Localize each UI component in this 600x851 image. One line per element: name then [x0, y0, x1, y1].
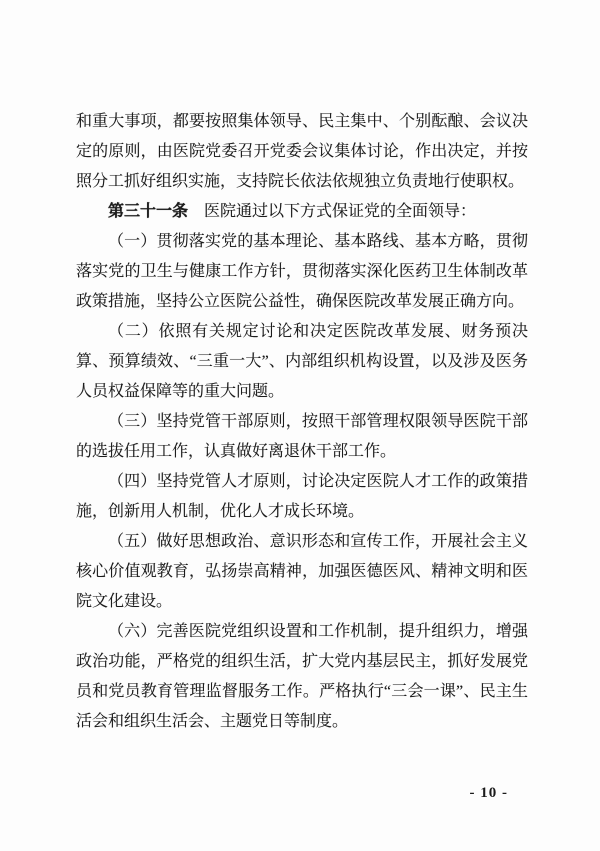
- article-title: 医院通过以下方式保证党的全面领导：: [204, 203, 476, 220]
- document-page: 和重大事项，都要按照集体领导、民主集中、个别酝酿、会议决定的原则，由医院党委召开…: [0, 0, 600, 851]
- paragraph-item-5: （五）做好思想政治、意识形态和宣传工作，开展社会主义核心价值观教育，弘扬崇高精神…: [76, 527, 528, 617]
- paragraph-item-4: （四）坚持党管人才原则，讨论决定医院人才工作的政策措施，创新用人机制，优化人才成…: [76, 467, 528, 527]
- paragraph-item-2: （二）依照有关规定讨论和决定医院改革发展、财务预决算、预算绩效、“三重一大”、内…: [76, 317, 528, 407]
- paragraph-item-6: （六）完善医院党组织设置和工作机制，提升组织力，增强政治功能，严格党的组织生活，…: [76, 617, 528, 737]
- paragraph-item-3: （三）坚持党管干部原则，按照干部管理权限领导医院干部的选拔任用工作，认真做好离退…: [76, 407, 528, 467]
- page-number: - 10 -: [470, 785, 509, 802]
- document-body: 和重大事项，都要按照集体领导、民主集中、个别酝酿、会议决定的原则，由医院党委召开…: [76, 107, 528, 737]
- article-number: 第三十一条: [108, 203, 188, 220]
- paragraph-continuation: 和重大事项，都要按照集体领导、民主集中、个别酝酿、会议决定的原则，由医院党委召开…: [76, 107, 528, 197]
- paragraph-item-1: （一）贯彻落实党的基本理论、基本路线、基本方略，贯彻落实党的卫生与健康工作方针，…: [76, 227, 528, 317]
- article-heading: 第三十一条医院通过以下方式保证党的全面领导：: [76, 197, 528, 227]
